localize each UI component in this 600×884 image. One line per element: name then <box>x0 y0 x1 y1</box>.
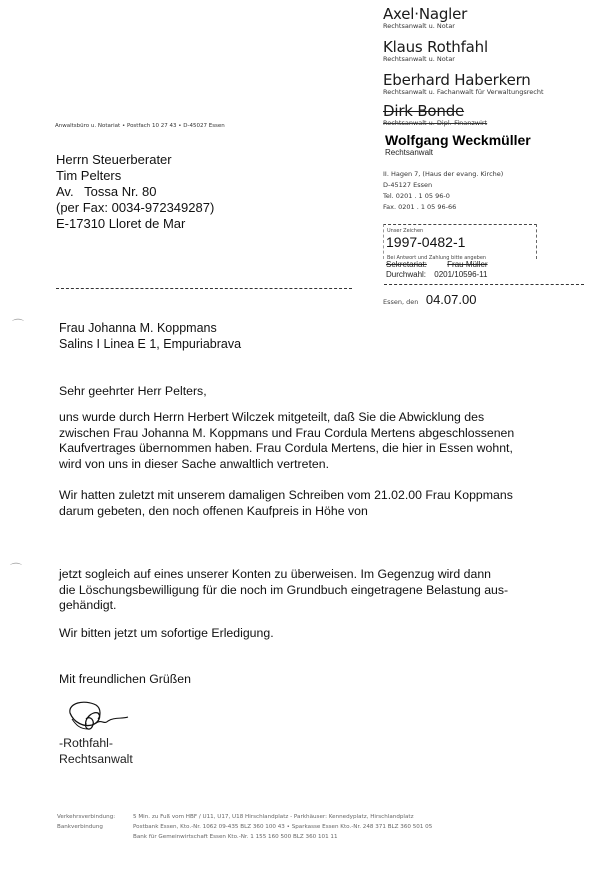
lawyer-name: Axel·Nagler <box>383 6 467 22</box>
direct-dial-label: Durchwahl: <box>386 270 426 279</box>
recipient-line: Herrn Steuerberater <box>56 152 214 168</box>
lawyer-title: Rechtsanwalt u. Notar <box>383 55 488 63</box>
paragraph-line: jetzt sogleich auf eines unserer Konten … <box>59 567 579 583</box>
paragraph-line: gehändigt. <box>59 598 579 614</box>
signature-block: -Rothfahl- Rechtsanwalt <box>59 736 133 767</box>
paragraph-2: Wir hatten zuletzt mit unserem damaligen… <box>59 488 579 519</box>
signature-icon <box>62 697 132 737</box>
recipient-address: Herrn Steuerberater Tim Pelters Av. Toss… <box>56 152 214 232</box>
salutation: Sehr geehrter Herr Pelters, <box>59 384 207 400</box>
punch-mark-icon: ⌒ <box>12 316 24 333</box>
footer-bank-line-1: Postbank Essen, Kto.-Nr. 1062 09-435 BLZ… <box>133 824 432 830</box>
office-fax: Fax. 0201 . 1 05 96-66 <box>383 202 503 213</box>
fold-line-left <box>56 288 352 289</box>
paragraph-line: darum gebeten, den noch offenen Kaufprei… <box>59 504 579 520</box>
lawyer-name: Eberhard Haberkern <box>383 72 544 88</box>
footer-bank-2: Bank für Gemeinwirtschaft Essen Kto.-Nr.… <box>57 832 587 842</box>
footer-bank-label: Bankverbindung <box>57 822 133 832</box>
punch-mark-icon: ⌒ <box>10 560 22 577</box>
paragraph-3: jetzt sogleich auf eines unserer Konten … <box>59 567 579 614</box>
lawyer-block-3: Eberhard Haberkern Rechtsanwalt u. Facha… <box>383 72 544 96</box>
paragraph-line: zwischen Frau Johanna M. Koppmans und Fr… <box>59 426 579 442</box>
direct-dial-row: Durchwahl: 0201/10596-11 <box>386 270 556 279</box>
recipient-line: Tim Pelters <box>56 168 214 184</box>
footer-bank: BankverbindungPostbank Essen, Kto.-Nr. 1… <box>57 822 587 832</box>
lawyer-name: Klaus Rothfahl <box>383 39 488 55</box>
footer-transport: Verkehrsverbindung:5 Min. zu Fuß vom HBF… <box>57 812 587 822</box>
featured-lawyer-block: Wolfgang Weckmüller Rechtsanwalt <box>385 133 531 157</box>
footer-transport-value: 5 Min. zu Fuß vom HBF / U11, U17, U18 Hi… <box>133 814 414 820</box>
paragraph-line: Kaufvertrages übernommen haben. Frau Cor… <box>59 441 579 457</box>
paragraph-line: die Löschungsbewilligung für die noch im… <box>59 583 579 599</box>
office-contact: II. Hagen 7, (Haus der evang. Kirche) D-… <box>383 169 503 213</box>
subject-block: Frau Johanna M. Koppmans Salins I Linea … <box>59 321 241 352</box>
secretariat-value: Frau Müller <box>447 260 487 269</box>
signature-name: -Rothfahl- <box>59 736 133 752</box>
fold-line-right <box>384 284 584 285</box>
subject-line: Salins I Linea E 1, Empuriabrava <box>59 337 241 353</box>
lawyer-title: Rechtsanwalt u. Notar <box>383 22 467 30</box>
office-city: D-45127 Essen <box>383 180 503 191</box>
paragraph-line: wird von uns in dieser Sache anwaltlich … <box>59 457 579 473</box>
date-row: Essen, den 04.07.00 <box>383 291 476 309</box>
lawyer-title: Rechtsanwalt u. Fachanwalt für Verwaltun… <box>383 88 544 96</box>
paragraph-line: uns wurde durch Herrn Herbert Wilczek mi… <box>59 410 579 426</box>
lawyer-block-2: Klaus Rothfahl Rechtsanwalt u. Notar <box>383 39 488 63</box>
office-tel: Tel. 0201 . 1 05 96-0 <box>383 191 503 202</box>
footer: Verkehrsverbindung:5 Min. zu Fuß vom HBF… <box>57 812 587 842</box>
lawyer-title: Rechtsanwalt u. Dipl.-Finanzwirt <box>383 119 487 127</box>
closing: Mit freundlichen Grüßen <box>59 672 191 688</box>
secretariat-row: Sekretariat: Frau Müller <box>386 260 556 269</box>
lawyer-block-4-struck: Dirk Bonde Rechtsanwalt u. Dipl.-Finanzw… <box>383 103 487 127</box>
reference-box: Unser Zeichen 1997-0482-1 Bei Antwort un… <box>383 224 537 259</box>
featured-lawyer-name: Wolfgang Weckmüller <box>385 133 531 148</box>
paragraph-4: Wir bitten jetzt um sofortige Erledigung… <box>59 626 274 642</box>
secretariat-label: Sekretariat: <box>386 260 427 269</box>
direct-dial-value: 0201/10596-11 <box>434 270 487 279</box>
date-place-label: Essen, den <box>383 298 418 306</box>
footer-bank-line-2: Bank für Gemeinwirtschaft Essen Kto.-Nr.… <box>133 834 338 840</box>
sender-return-address: Anwaltsbüro u. Notariat • Postfach 10 27… <box>55 123 225 129</box>
reference-number: 1997-0482-1 <box>386 234 465 250</box>
lawyer-name: Dirk Bonde <box>383 103 487 119</box>
date-value: 04.07.00 <box>426 292 477 307</box>
footer-transport-label: Verkehrsverbindung: <box>57 812 133 822</box>
subject-line: Frau Johanna M. Koppmans <box>59 321 241 337</box>
featured-lawyer-title: Rechtsanwalt <box>385 148 531 157</box>
paragraph-line: Wir hatten zuletzt mit unserem damaligen… <box>59 488 579 504</box>
recipient-line: (per Fax: 0034-972349287) <box>56 200 214 216</box>
paragraph-1: uns wurde durch Herrn Herbert Wilczek mi… <box>59 410 579 472</box>
lawyer-block-1: Axel·Nagler Rechtsanwalt u. Notar <box>383 6 467 30</box>
office-street: II. Hagen 7, (Haus der evang. Kirche) <box>383 169 503 180</box>
recipient-line: E-17310 Lloret de Mar <box>56 216 214 232</box>
signature-title: Rechtsanwalt <box>59 752 133 768</box>
recipient-line: Av. Tossa Nr. 80 <box>56 184 214 200</box>
